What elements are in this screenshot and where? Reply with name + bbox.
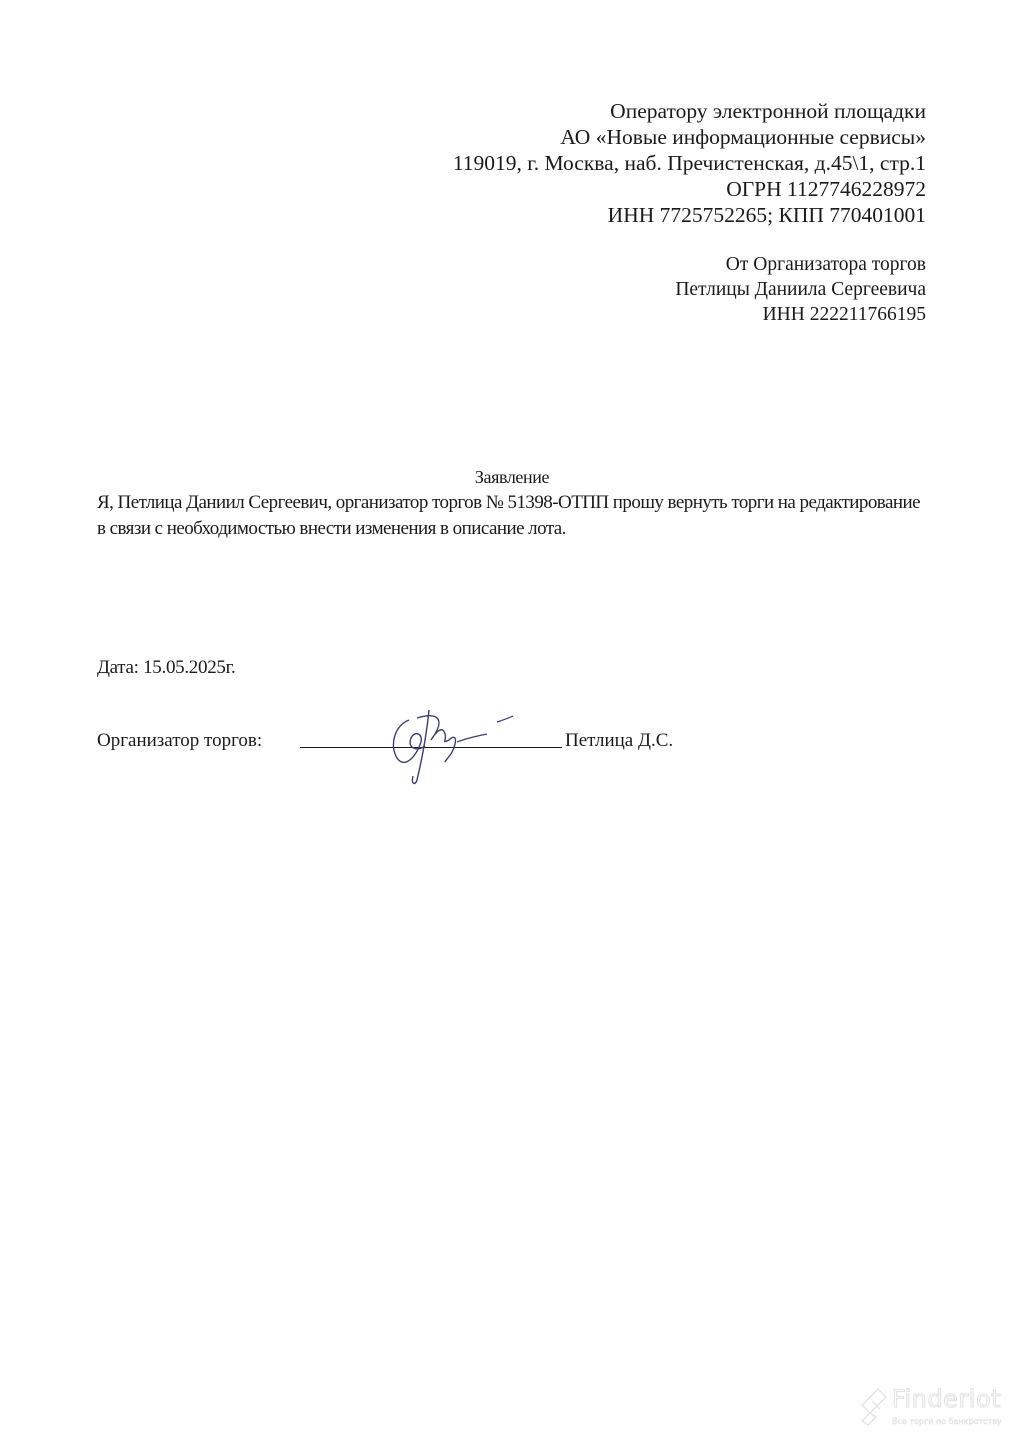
- signature-label: Организатор торгов:: [97, 728, 262, 754]
- watermark: Finderlot Все торги по банкротству: [858, 1383, 1018, 1438]
- sender-block: От Организатора торгов Петлицы Даниила С…: [675, 252, 926, 327]
- addressee-line: АО «Новые информационные сервисы»: [453, 124, 926, 150]
- signer-name: Петлица Д.С.: [565, 728, 673, 754]
- addressee-line: ИНН 7725752265; КПП 770401001: [453, 202, 926, 228]
- document-date: Дата: 15.05.2025г.: [97, 655, 235, 681]
- document-title: Заявление: [0, 465, 1024, 489]
- document-body: Я, Петлица Даниил Сергеевич, организатор…: [97, 490, 927, 542]
- addressee-block: Оператору электронной площадки АО «Новые…: [453, 98, 926, 228]
- addressee-line: ОГРН 1127746228972: [453, 176, 926, 202]
- sender-line: ИНН 222211766195: [675, 302, 926, 327]
- sender-line: От Организатора торгов: [675, 252, 926, 277]
- finderlot-logo-icon: [858, 1387, 890, 1427]
- addressee-line: 119019, г. Москва, наб. Пречистенская, д…: [453, 150, 926, 176]
- watermark-tagline: Все торги по банкротству: [892, 1417, 1002, 1426]
- addressee-line: Оператору электронной площадки: [453, 98, 926, 124]
- signature-icon: [387, 700, 537, 790]
- sender-line: Петлицы Даниила Сергеевича: [675, 277, 926, 302]
- watermark-brand: Finderlot: [892, 1385, 1001, 1413]
